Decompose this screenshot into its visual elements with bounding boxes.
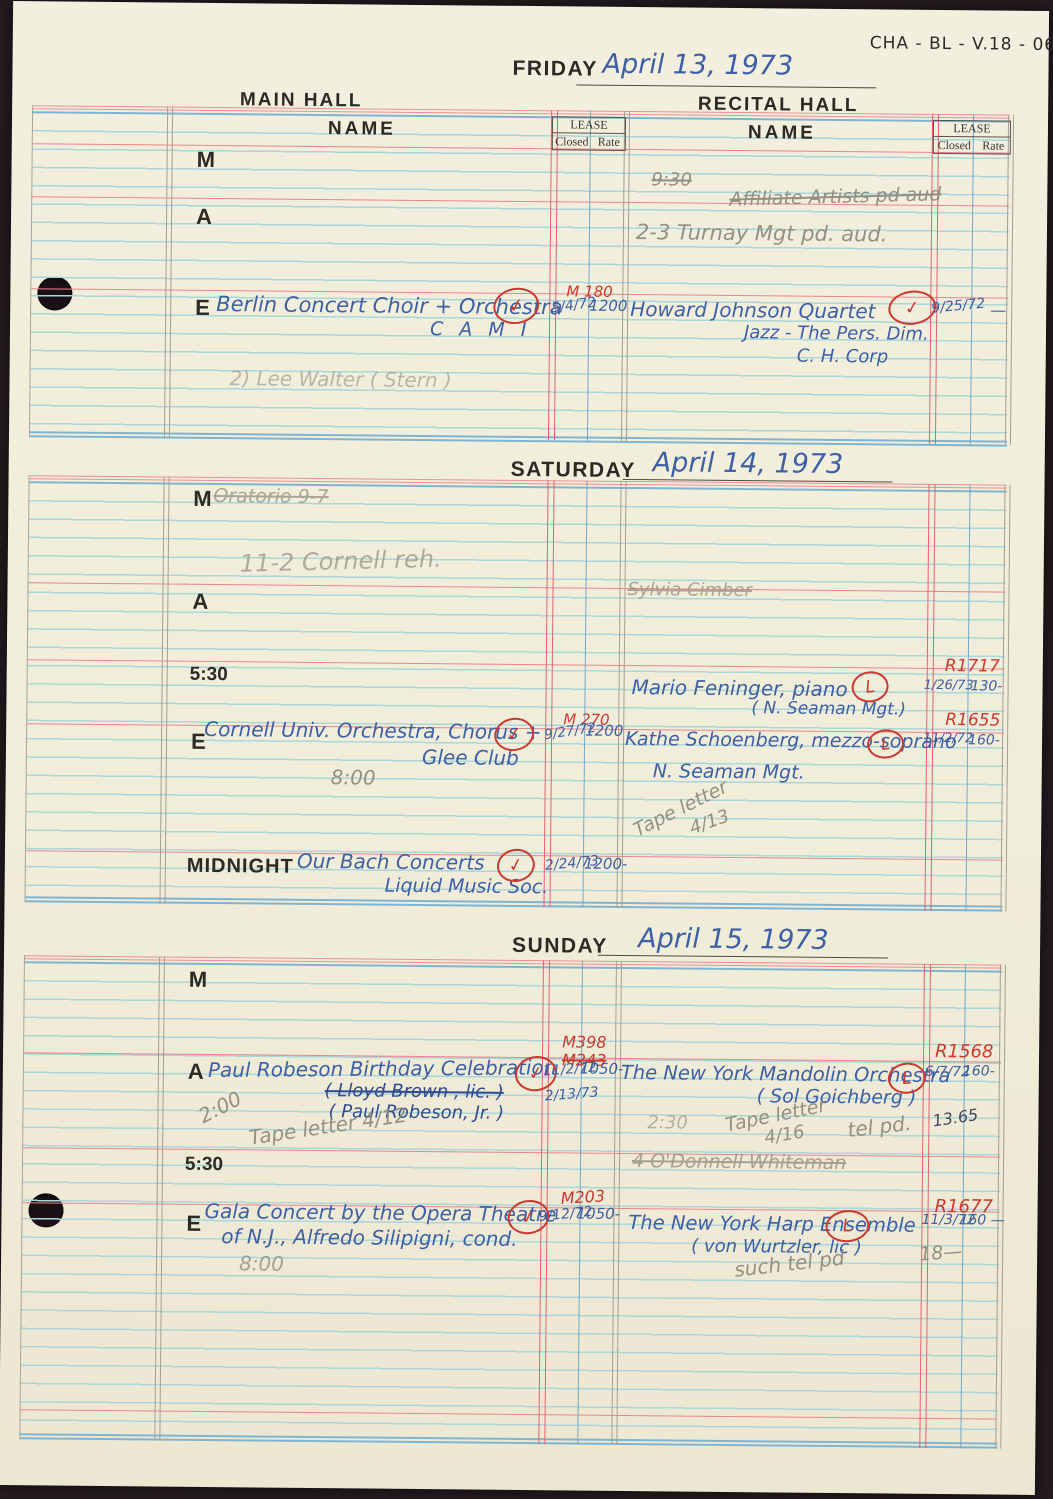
- saturday-recital-e-rate: 160-: [968, 732, 1000, 748]
- sunday-main-e-time: 8:00: [239, 1251, 284, 1275]
- recital-lease-header-box: LEASE Closed Rate: [933, 120, 1011, 155]
- saturday-main-e-rate: 1200: [585, 722, 623, 740]
- saturday-row-530: 5:30: [190, 664, 228, 686]
- sunday-row-m: M: [189, 967, 208, 993]
- recital-closed-header: Closed: [934, 138, 975, 153]
- friday-recital-e-line2: Jazz - The Pers. Dim.: [744, 322, 929, 345]
- main-lease-header: LEASE: [553, 117, 625, 134]
- recital-lease-header: LEASE: [934, 121, 1010, 138]
- saturday-row-midnight: MIDNIGHT: [187, 855, 294, 879]
- sunday-recital-a-rate: 160-: [963, 1063, 995, 1079]
- friday-date-underline: [576, 84, 876, 88]
- friday-recital-m-time: 9:30: [651, 169, 692, 190]
- sunday-main-a-name2: ( Lloyd Brown , lic. ): [325, 1080, 504, 1103]
- saturday-recital-e-name2: N. Seaman Mgt.: [653, 760, 805, 783]
- saturday-main-mid-rate: 1200-: [584, 855, 628, 873]
- sunday-main-e-rate: 1050-: [576, 1205, 620, 1223]
- sunday-main-e-name2: of N.J., Alfredo Silipigni, cond.: [221, 1224, 517, 1251]
- sunday-recital-e-name: The New York Harp Ensemble: [628, 1211, 915, 1237]
- sunday-date: April 15, 1973: [638, 923, 829, 956]
- saturday-recital-a-note: Sylvia Cimber: [627, 579, 752, 601]
- sunday-main-e-name: Gala Concert by the Opera Theatre: [204, 1199, 556, 1226]
- friday-recital-e-rate: —: [990, 300, 1006, 319]
- saturday-recital-e-code: R1655: [945, 710, 1000, 731]
- saturday-main-m-note: Oratorio 9-7: [213, 485, 328, 508]
- main-lease-header-box: LEASE Closed Rate: [552, 116, 626, 151]
- sunday-row-530: 5:30: [185, 1154, 223, 1176]
- friday-day-label: FRIDAY: [512, 57, 597, 82]
- saturday-recital-530-name2: ( N. Seaman Mgt.): [751, 698, 906, 719]
- sunday-main-a-rate: 1050-: [580, 1060, 624, 1078]
- sunday-recital-530-note: 4 O'Donnell Whiteman: [632, 1150, 847, 1174]
- friday-row-a: A: [196, 204, 212, 230]
- sunday-day-label: SUNDAY: [512, 934, 608, 959]
- saturday-main-mid-name: Our Bach Concerts: [297, 849, 485, 875]
- sunday-main-a-name: Paul Robeson Birthday Celebration: [208, 1055, 557, 1082]
- ledger-paper: CHA - BL - V.18 - 065 FRIDAY April 13, 1…: [0, 1, 1049, 1495]
- archive-reference-label: CHA - BL - V.18 - 065: [870, 33, 1053, 55]
- sunday-row-e: E: [186, 1211, 201, 1237]
- main-name-header: NAME: [282, 118, 442, 142]
- scanned-ledger-page: CHA - BL - V.18 - 065 FRIDAY April 13, 1…: [0, 0, 1053, 1499]
- recital-name-header: NAME: [702, 122, 862, 146]
- sunday-recital-e-note2: 18—: [918, 1240, 963, 1265]
- sunday-recital-a-code: R1568: [935, 1041, 994, 1063]
- main-rate-header: Rate: [593, 135, 625, 150]
- saturday-recital-530-rate: 130-: [971, 678, 1003, 694]
- sunday-row-a: A: [188, 1059, 204, 1085]
- friday-main-e-note: 2) Lee Walter ( Stern ): [229, 366, 452, 392]
- friday-row-m: M: [197, 147, 216, 173]
- saturday-recital-530-closed: 1/26/73: [924, 678, 974, 693]
- sunday-recital-e-rate: 160 —: [959, 1212, 1004, 1228]
- saturday-recital-e-name: Kathe Schoenberg, mezzo-soprano: [625, 728, 957, 753]
- saturday-row-m: M: [193, 486, 212, 512]
- saturday-row-a: A: [192, 589, 208, 615]
- recital-rate-header: Rate: [977, 138, 1010, 153]
- sunday-recital-a-time: 2:30: [647, 1112, 688, 1133]
- sunday-date-underline: [598, 955, 888, 959]
- sunday-main-a-code: M398: [562, 1032, 607, 1051]
- saturday-recital-e-closed: 11/2/72: [923, 731, 973, 746]
- saturday-date: April 14, 1973: [653, 447, 844, 480]
- friday-recital-e-line3: C. H. Corp: [797, 346, 889, 368]
- friday-ruled-area: [29, 113, 1010, 440]
- friday-date: April 13, 1973: [602, 49, 793, 82]
- saturday-main-m-note2: 11-2 Cornell reh.: [239, 545, 441, 578]
- saturday-recital-530-name: Mario Feninger, piano: [631, 675, 847, 701]
- friday-recital-e-name: Howard Johnson Quartet: [630, 297, 875, 323]
- main-closed-header: Closed: [553, 134, 591, 149]
- saturday-main-e-time: 8:00: [331, 765, 376, 789]
- friday-main-e-rate: 1200: [589, 297, 627, 315]
- saturday-recital-530-code: R1717: [945, 656, 1000, 677]
- friday-row-e: E: [195, 295, 210, 321]
- saturday-main-e-name: Cornell Univ. Orchestra, Chorus +: [204, 717, 542, 744]
- friday-recital-a-note: 2-3 Turnay Mgt pd. aud.: [636, 220, 888, 246]
